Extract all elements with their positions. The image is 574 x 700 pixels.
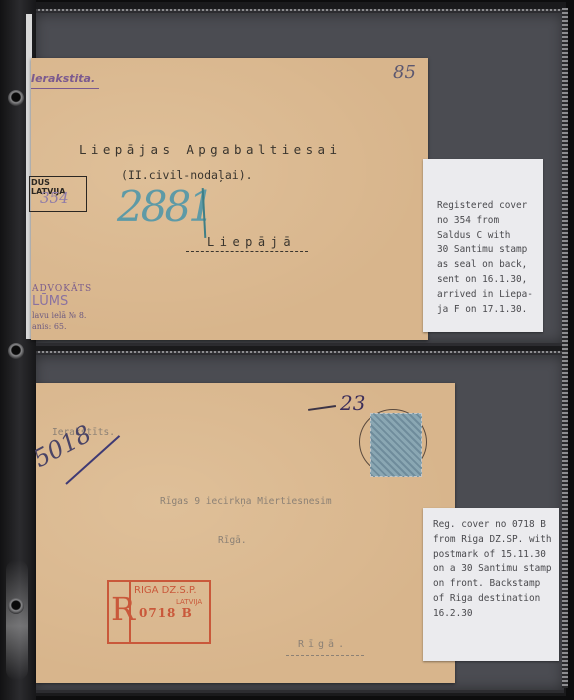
registration-office: RIGA DZ.S.P. <box>134 585 197 596</box>
addressee-line-2: Rīgā. <box>218 535 247 546</box>
description-card-1-text: Registered coverno 354 fromSaldus C with… <box>437 199 533 317</box>
registration-label: R RIGA DZ.S.P. LATVIJA 0718 B <box>107 580 211 644</box>
blue-pencil-number: 2881 <box>117 182 212 231</box>
ring-hole-icon <box>8 90 24 106</box>
registration-number: 0718 B <box>139 606 193 620</box>
destination-underline <box>286 655 364 657</box>
postage-stamp <box>370 413 422 477</box>
registration-box-stamp: DUS LATVIJA 354 <box>29 176 87 212</box>
description-line: as seal on back, <box>437 258 533 273</box>
destination-underline <box>186 251 308 253</box>
ring-hole-icon <box>8 598 24 614</box>
pencil-number: 85 <box>393 62 416 83</box>
registration-mark-underline <box>31 88 99 89</box>
cover-2-envelope: Ierakstīts. 5018 23 Rīgas 9 iecirkņa Mie… <box>36 383 455 683</box>
cover-1-envelope: Ierakstita. 85 Liepājas Apgabaltiesai (I… <box>31 58 428 340</box>
destination: Rīgā. <box>298 639 348 650</box>
registration-mark: Ierakstita. <box>31 72 95 85</box>
description-line: Reg. cover no 0718 B <box>433 518 552 533</box>
description-line: arrived in Liepa- <box>437 288 533 303</box>
addressee-line-1: Liepājas Apgabaltiesai <box>79 142 341 157</box>
description-line: 16.2.30 <box>433 607 552 622</box>
description-line: of Riga destination <box>433 592 552 607</box>
ink-dash <box>308 405 336 410</box>
description-line: no 354 from <box>437 214 533 229</box>
description-line: sent on 16.1.30, <box>437 273 533 288</box>
description-line: on a 30 Santimu stamp <box>433 562 552 577</box>
description-line: postmark of 15.11.30 <box>433 548 552 563</box>
description-line: 30 Santimu stamp <box>437 243 533 258</box>
description-card-2: Reg. cover no 0718 Bfrom Riga DZ.SP. wit… <box>423 508 559 661</box>
registration-box-number: 354 <box>40 189 69 207</box>
description-line: Registered cover <box>437 199 533 214</box>
registration-letter: R <box>111 590 135 628</box>
ring-hole-icon <box>8 343 24 359</box>
ink-number: 23 <box>340 391 365 415</box>
destination: Liepājā <box>207 235 296 249</box>
description-line: from Riga DZ.SP. with <box>433 533 552 548</box>
page-binding-edge <box>562 8 568 688</box>
addressee-line-2: (II.civil-nodaļai). <box>121 168 253 182</box>
description-line: ja F on 17.1.30. <box>437 303 533 318</box>
registration-country: LATVIJA <box>176 598 202 606</box>
description-card-1: Registered coverno 354 fromSaldus C with… <box>423 159 543 332</box>
addressee-line-1: Rīgas 9 iecirkņa Miertiesnesim <box>160 496 332 507</box>
description-line: on front. Backstamp <box>433 577 552 592</box>
description-card-2-text: Reg. cover no 0718 Bfrom Riga DZ.SP. wit… <box>433 518 552 622</box>
description-line: Saldus C with <box>437 229 533 244</box>
